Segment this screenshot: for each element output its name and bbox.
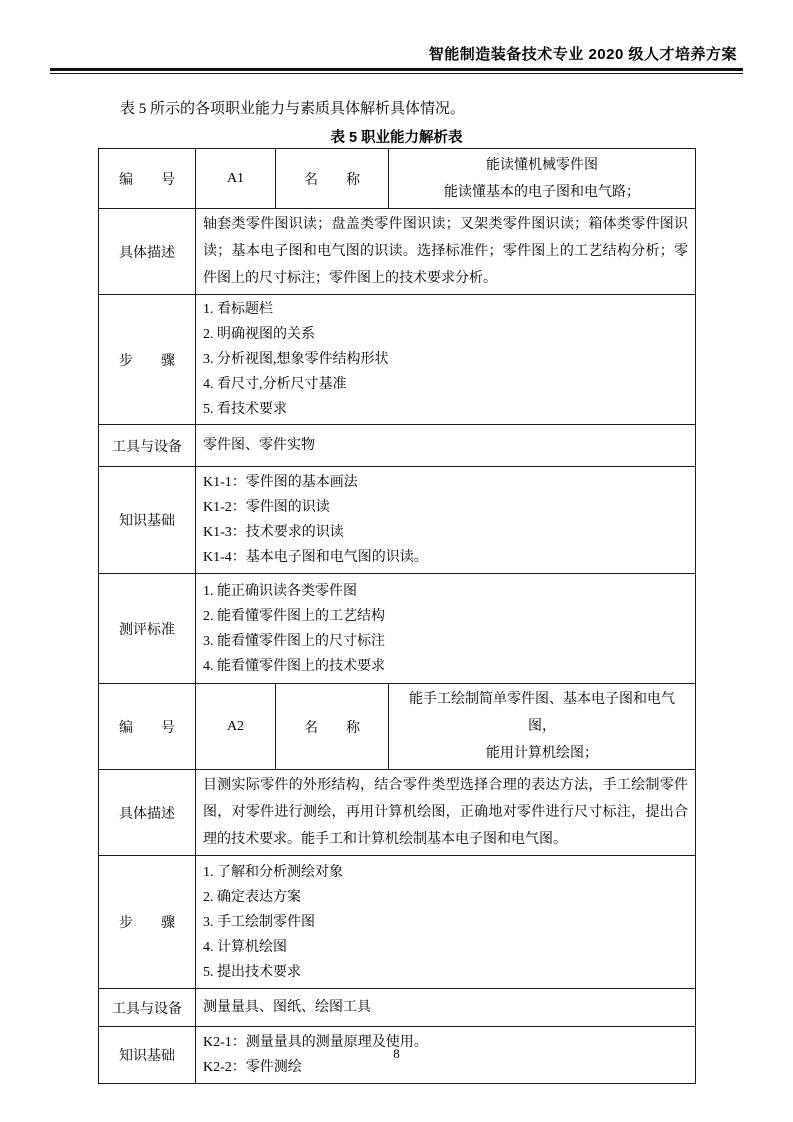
a1-knowledge-item: K1-1：零件图的基本画法 [203,470,688,495]
a1-tools-value-cell: 零件图、零件实物 [196,425,696,467]
a1-knowledge-item: K1-2：零件图的识读 [203,495,688,520]
a1-name-line: 能读懂机械零件图 [396,152,688,179]
a2-step-item: 1. 了解和分析测绘对象 [203,860,688,885]
table-row-a2-header: 编 号 A2 名 称 能手工绘制简单零件图、基本电子图和电气图， 能用计算机绘图… [99,684,696,770]
a1-step-item: 1. 看标题栏 [203,297,688,322]
table-row-a1-tools: 工具与设备 零件图、零件实物 [99,425,696,467]
a1-criteria-value-cell: 1. 能正确识读各类零件图 2. 能看懂零件图上的工艺结构 3. 能看懂零件图上… [196,574,696,684]
a1-steps-label-cell: 步 骤 [99,295,196,425]
table-row-a1-header: 编 号 A1 名 称 能读懂机械零件图 能读懂基本的电子图和电气路； [99,149,696,209]
a1-desc-value-cell: 轴套类零件图识读；盘盖类零件图识读；叉架类零件图识读；箱体类零件图识读；基本电子… [196,209,696,295]
a1-id-value-cell: A1 [196,149,276,209]
a1-steps-value-cell: 1. 看标题栏 2. 明确视图的关系 3. 分析视图,想象零件结构形状 4. 看… [196,295,696,425]
a1-step-item: 2. 明确视图的关系 [203,322,688,347]
a1-name-label-cell: 名 称 [276,149,389,209]
header-divider-rule [50,68,743,74]
a2-steps-value-cell: 1. 了解和分析测绘对象 2. 确定表达方案 3. 手工绘制零件图 4. 计算机… [196,856,696,989]
a2-tools-value-cell: 测量量具、图纸、绘图工具 [196,989,696,1027]
a2-step-item: 2. 确定表达方案 [203,885,688,910]
a2-step-item: 3. 手工绘制零件图 [203,910,688,935]
a1-step-item: 5. 看技术要求 [203,397,688,422]
a1-criteria-item: 3. 能看懂零件图上的尺寸标注 [203,629,688,654]
a1-name-line: 能读懂基本的电子图和电气路； [396,179,688,206]
a1-criteria-item: 4. 能看懂零件图上的技术要求 [203,654,688,679]
a2-step-item: 4. 计算机绘图 [203,935,688,960]
a2-steps-label-cell: 步 骤 [99,856,196,989]
a2-name-line: 能用计算机绘图； [396,740,688,767]
table-row-a2-steps: 步 骤 1. 了解和分析测绘对象 2. 确定表达方案 3. 手工绘制零件图 4.… [99,856,696,989]
a2-step-item: 5. 提出技术要求 [203,960,688,985]
a1-step-item: 3. 分析视图,想象零件结构形状 [203,347,688,372]
page-number: 8 [0,1046,793,1062]
table-row-a1-criteria: 测评标准 1. 能正确识读各类零件图 2. 能看懂零件图上的工艺结构 3. 能看… [99,574,696,684]
table-row-a1-knowledge: 知识基础 K1-1：零件图的基本画法 K1-2：零件图的识读 K1-3：技术要求… [99,467,696,574]
a2-id-label-cell: 编 号 [99,684,196,770]
a2-id-value-cell: A2 [196,684,276,770]
table-row-a1-steps: 步 骤 1. 看标题栏 2. 明确视图的关系 3. 分析视图,想象零件结构形状 … [99,295,696,425]
a1-knowledge-value-cell: K1-1：零件图的基本画法 K1-2：零件图的识读 K1-3：技术要求的识读 K… [196,467,696,574]
a1-name-value-cell: 能读懂机械零件图 能读懂基本的电子图和电气路； [389,149,696,209]
table-title: 表 5 职业能力解析表 [0,126,793,147]
a2-tools-label-cell: 工具与设备 [99,989,196,1027]
a1-knowledge-item: K1-3：技术要求的识读 [203,520,688,545]
capability-table: 编 号 A1 名 称 能读懂机械零件图 能读懂基本的电子图和电气路； 具体描述 … [98,148,696,1084]
a1-knowledge-item: K1-4：基本电子图和电气图的识读。 [203,545,688,570]
a1-desc-label-cell: 具体描述 [99,209,196,295]
a1-id-label-cell: 编 号 [99,149,196,209]
a1-knowledge-label-cell: 知识基础 [99,467,196,574]
table-row-a1-desc: 具体描述 轴套类零件图识读；盘盖类零件图识读；叉架类零件图识读；箱体类零件图识读… [99,209,696,295]
page-header-title: 智能制造装备技术专业 2020 级人才培养方案 [429,43,737,64]
a2-desc-value-cell: 目测实际零件的外形结构，结合零件类型选择合理的表达方法，手工绘制零件图，对零件进… [196,770,696,856]
a2-name-label-cell: 名 称 [276,684,389,770]
a1-criteria-label-cell: 测评标准 [99,574,196,684]
a2-name-line: 能手工绘制简单零件图、基本电子图和电气图， [396,686,688,740]
a2-name-value-cell: 能手工绘制简单零件图、基本电子图和电气图， 能用计算机绘图； [389,684,696,770]
a1-criteria-item: 1. 能正确识读各类零件图 [203,579,688,604]
intro-paragraph: 表 5 所示的各项职业能力与素质具体解析具体情况。 [98,98,698,120]
a1-step-item: 4. 看尺寸,分析尺寸基准 [203,372,688,397]
a2-desc-label-cell: 具体描述 [99,770,196,856]
document-page: 智能制造装备技术专业 2020 级人才培养方案 表 5 所示的各项职业能力与素质… [0,0,793,1122]
a1-tools-label-cell: 工具与设备 [99,425,196,467]
table-row-a2-tools: 工具与设备 测量量具、图纸、绘图工具 [99,989,696,1027]
table-row-a2-desc: 具体描述 目测实际零件的外形结构，结合零件类型选择合理的表达方法，手工绘制零件图… [99,770,696,856]
a1-criteria-item: 2. 能看懂零件图上的工艺结构 [203,604,688,629]
